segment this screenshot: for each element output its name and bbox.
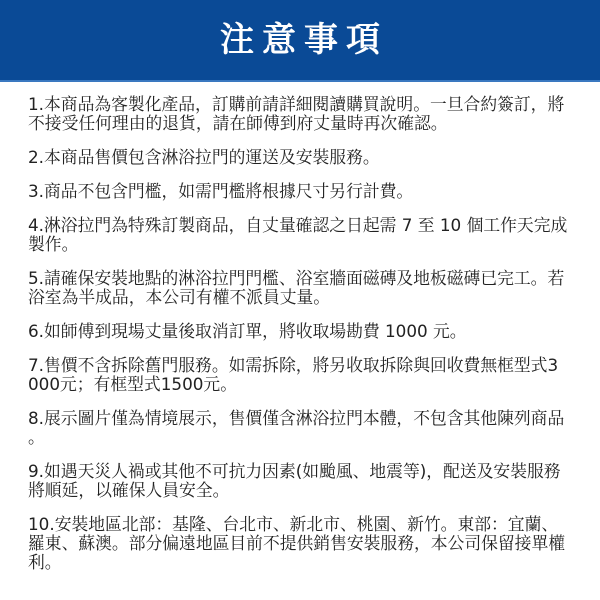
notes-list: 1.本商品為客製化產品，訂購前請詳細閱讀購買說明。一旦合約簽訂，將不接受任何理由… bbox=[28, 95, 568, 587]
note-item-1: 1.本商品為客製化產品，訂購前請詳細閱讀購買說明。一旦合約簽訂，將不接受任何理由… bbox=[28, 95, 568, 133]
page-title: 注意事項 bbox=[212, 23, 388, 57]
note-item-8: 8.展示圖片僅為情境展示，售價僅含淋浴拉門本體，不包含其他陳列商品。 bbox=[28, 409, 568, 447]
note-item-6: 6.如師傅到現場丈量後取消訂單，將收取場勘費 1000 元。 bbox=[28, 322, 568, 341]
header-banner: 注意事項 bbox=[0, 0, 600, 82]
note-item-10: 10.安裝地區北部：基隆、台北市、新北市、桃園、新竹。東部：宜蘭、羅東、蘇澳。部… bbox=[28, 515, 568, 572]
note-item-9: 9.如遇天災人禍或其他不可抗力因素(如颱風、地震等)，配送及安裝服務將順延，以確… bbox=[28, 462, 568, 500]
note-item-5: 5.請確保安裝地點的淋浴拉門門檻、浴室牆面磁磚及地板磁磚已完工。若浴室為半成品，… bbox=[28, 269, 568, 307]
note-item-4: 4.淋浴拉門為特殊訂製商品，自丈量確認之日起需 7 至 10 個工作天完成製作。 bbox=[28, 216, 568, 254]
note-item-2: 2.本商品售價包含淋浴拉門的運送及安裝服務。 bbox=[28, 148, 568, 167]
note-item-7: 7.售價不含拆除舊門服務。如需拆除，將另收取拆除與回收費無框型式3000元；有框… bbox=[28, 356, 568, 394]
note-item-3: 3.商品不包含門檻，如需門檻將根據尺寸另行計費。 bbox=[28, 182, 568, 201]
